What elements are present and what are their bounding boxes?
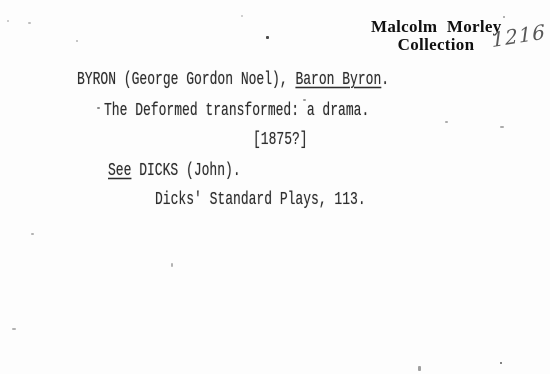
scan-speck bbox=[7, 20, 9, 22]
scan-speck bbox=[241, 15, 243, 17]
collection-stamp: Malcolm Morley Collection bbox=[371, 18, 501, 53]
scan-speck bbox=[28, 22, 31, 24]
see-target: DICKS (John). bbox=[131, 160, 240, 181]
scan-speck bbox=[266, 36, 269, 39]
author-title-underlined: Baron Byron bbox=[295, 69, 381, 90]
see-reference-line: See DICKS (John). bbox=[108, 161, 241, 179]
see-label: See bbox=[108, 160, 131, 181]
stamp-line-1: Malcolm Morley bbox=[371, 18, 501, 36]
author-name: BYRON (George Gordon Noel), bbox=[77, 69, 295, 90]
catalog-card-scan: Malcolm Morley Collection 1216 BYRON (Ge… bbox=[0, 0, 550, 374]
date-line: [1875?] bbox=[253, 130, 308, 148]
scan-speck bbox=[76, 40, 78, 42]
scan-speck bbox=[500, 362, 502, 364]
scan-speck bbox=[500, 126, 504, 128]
title-line: The Deformed transformed: a drama. bbox=[104, 101, 369, 119]
scan-speck bbox=[31, 233, 34, 235]
series-line: Dicks' Standard Plays, 113. bbox=[155, 190, 366, 208]
scan-speck bbox=[12, 328, 16, 330]
heading-line: BYRON (George Gordon Noel), Baron Byron. bbox=[77, 70, 389, 88]
scan-speck bbox=[418, 366, 421, 371]
scan-speck bbox=[445, 121, 448, 123]
scan-speck bbox=[97, 107, 100, 109]
scan-speck bbox=[171, 263, 173, 267]
heading-period: . bbox=[381, 69, 389, 90]
scan-speck bbox=[503, 16, 505, 18]
scan-speck bbox=[303, 99, 306, 101]
stamp-line-2: Collection bbox=[371, 36, 501, 54]
